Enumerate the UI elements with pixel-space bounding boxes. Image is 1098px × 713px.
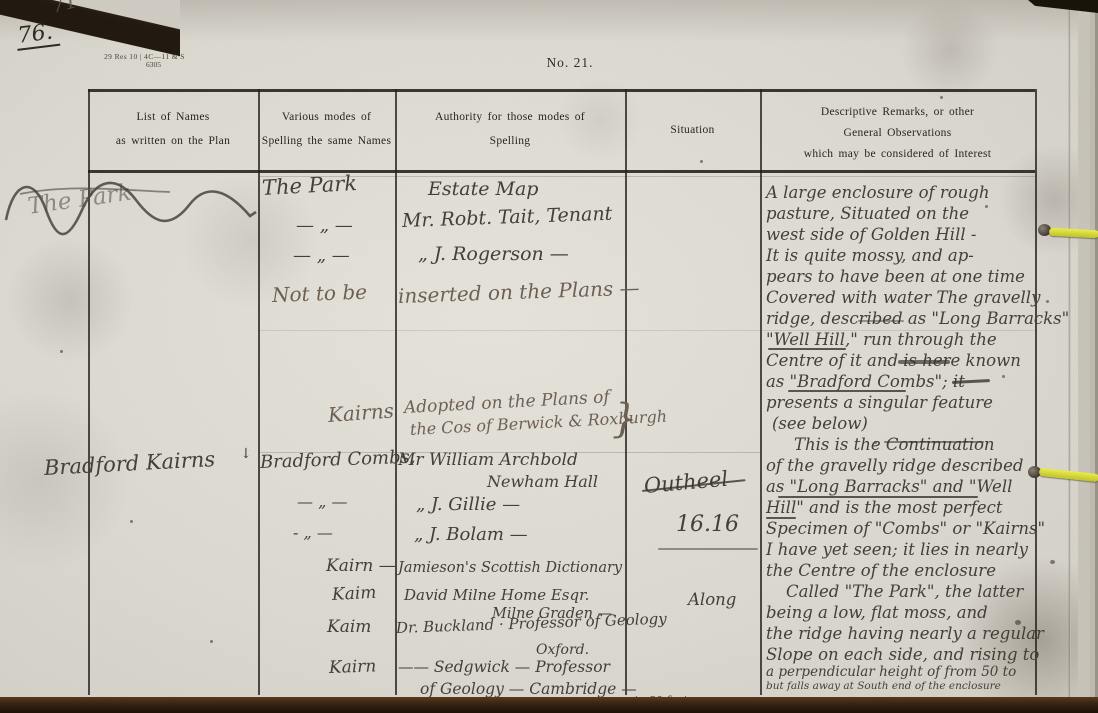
authority-bolam: „ J. Bolam — [414, 524, 528, 545]
authority-jamieson: Jamieson's Scottish Dictionary [398, 560, 622, 576]
foxing-speck [130, 520, 133, 523]
column-divider-2 [395, 89, 397, 695]
insertion-arrow: ↓ [240, 446, 252, 462]
authority-rogerson: „ J. Rogerson — [418, 243, 569, 265]
remarks-line: being a low, flat moss, and [766, 602, 1056, 623]
adjacent-page-edges [1078, 6, 1098, 706]
header-remarks-line1: Descriptive Remarks, or other [760, 106, 1035, 118]
ditto-mark: — „ — [293, 245, 350, 266]
remarks-line: but falls away at South end of the enclo… [766, 680, 1056, 692]
header-spellings-line2: Spelling the same Names [258, 135, 395, 147]
underline-mark [788, 390, 906, 392]
remarks-line: Called "The Park", the latter [766, 581, 1056, 602]
remarks-line: A large enclosure of rough [766, 182, 1056, 203]
authority-archbold-address: Newham Hall [487, 472, 598, 491]
spelling-the-park: The Park [261, 171, 357, 200]
remarks-line: a perpendicular height of from 50 to [766, 665, 1056, 680]
remarks-line: I have yet seen; it lies in nearly [766, 539, 1056, 560]
remarks-line: Specimen of "Combs" or "Kairns" [766, 518, 1056, 539]
remarks-line: pasture, Situated on the [766, 203, 1056, 224]
desk-surface [0, 697, 1098, 713]
printer-stamp: 29 Res 10 | 4C—11 & S [104, 52, 185, 61]
remarks-line: the Centre of the enclosure [766, 560, 1056, 581]
table-top-rule [88, 89, 1035, 92]
remarks-line: presents a singular feature [766, 392, 1056, 413]
foxing-speck [60, 350, 63, 353]
header-situation: Situation [625, 124, 760, 136]
remarks-line: pears to have been at one time [766, 266, 1056, 287]
descriptive-remarks-text: A large enclosure of rough pasture, Situ… [766, 182, 1056, 692]
spelling-kairn: Kairn — [326, 556, 396, 576]
header-names-line1: List of Names [88, 111, 258, 123]
underline-mark [768, 348, 846, 350]
spelling-kaim: Kaim [327, 617, 371, 637]
remarks-overflow-along: Along [688, 590, 736, 609]
authority-milne-home: David Milne Home Esqr. [404, 586, 589, 604]
header-remarks-line3: which may be considered of Interest [760, 148, 1035, 160]
remarks-line: (see below) [766, 413, 1056, 434]
remarks-line: ridge, described as "Long Barracks" [766, 308, 1056, 329]
remarks-line: of the gravelly ridge described [766, 455, 1056, 476]
underline-mark [658, 548, 758, 550]
note-not-to-be: Not to be [272, 280, 368, 307]
remarks-line: It is quite mossy, and ap- [766, 245, 1056, 266]
remarks-line: "Well Hill," run through the [766, 329, 1056, 350]
remarks-line: as "Bradford Combs"; it [766, 371, 1056, 392]
printer-stamp-number: 6305 [146, 60, 161, 69]
ditto-mark: — „ — [297, 492, 347, 511]
faint-guide-line [258, 176, 1035, 177]
folio-number: 76. [14, 19, 60, 51]
authority-buckland-oxford: Oxford. [536, 642, 589, 658]
underline-mark [778, 496, 978, 498]
overline-mark [884, 441, 984, 443]
remarks-line: Hill" and is the most perfect [766, 497, 1056, 518]
sheet-title: No. 21. [510, 55, 630, 71]
foxing-speck [940, 96, 943, 99]
foxing-speck [1046, 300, 1049, 303]
brace-mark: } [612, 396, 637, 442]
foxing-speck [1002, 375, 1005, 378]
column-divider-3 [625, 89, 627, 695]
foxing-speck [985, 205, 988, 208]
remarks-line: Covered with water The gravelly [766, 287, 1056, 308]
spelling-kaim: Kaim [331, 583, 376, 605]
authority-estate-map: Estate Map [428, 178, 538, 200]
ditto-mark: - „ — [293, 523, 333, 542]
situation-acreage: 16.16 [676, 512, 739, 537]
authority-sedgwick-cambridge: of Geology — Cambridge — [420, 680, 637, 698]
authority-archbold: Mr William Archbold [398, 450, 578, 470]
foxing-speck [700, 160, 703, 163]
foxing-speck [210, 640, 213, 643]
authority-gillie: „ J. Gillie — [416, 494, 520, 515]
spelling-kairns: Kairns [327, 398, 394, 427]
remarks-line: Slope on each side, and rising to [766, 644, 1056, 665]
foxing-speck [1015, 620, 1021, 625]
scribble-cancellation-mark [898, 360, 950, 364]
scanned-name-book-page: { "page": { "folio_number": "76.", "foli… [0, 0, 1098, 713]
authority-sedgwick: —— Sedgwick — Professor [398, 658, 610, 676]
page-fold-crease [1068, 8, 1071, 698]
header-authority-line2: Spelling [395, 135, 625, 147]
header-names-line2: as written on the Plan [88, 135, 258, 147]
remarks-line: the ridge having nearly a regular [766, 623, 1056, 644]
header-authority-line1: Authority for those modes of [395, 111, 625, 123]
foxing-speck [1050, 560, 1055, 564]
foxing-speck [874, 441, 877, 444]
header-remarks-line2: General Observations [760, 127, 1035, 139]
underline-mark [766, 517, 796, 519]
header-spellings-line1: Various modes of [258, 111, 395, 123]
remarks-line: This is the Continuation [766, 434, 1056, 455]
spelling-kairn: Kairn [329, 656, 377, 678]
remarks-line: west side of Golden Hill - [766, 224, 1056, 245]
column-divider-4 [760, 89, 762, 695]
strike-through-mark [858, 320, 904, 322]
scrawl-cancellation-squiggle [0, 172, 262, 248]
remarks-line: as "Long Barracks" and "Well [766, 476, 1056, 497]
ditto-mark: — „ — [296, 215, 353, 236]
